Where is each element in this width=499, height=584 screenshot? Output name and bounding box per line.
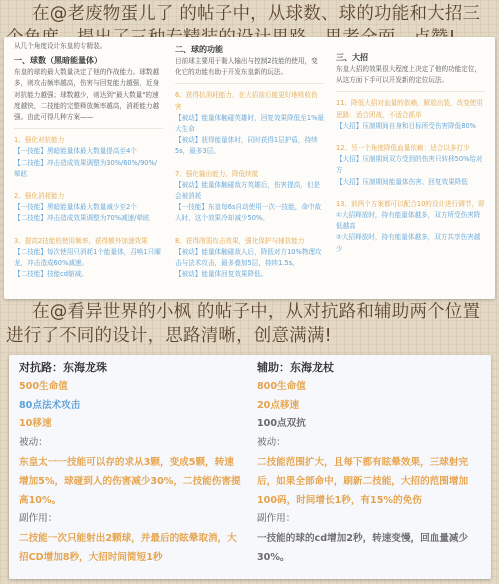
plan-line: 【大招】压制期间能量体伤害、回复效果降低 (336, 177, 485, 188)
side-effect-label: 副作用： (19, 510, 243, 529)
design-panel-bottom: 对抗路：东海龙珠 500生命值 80点法术攻击 10移速 被动： 东皇太一一技能… (9, 355, 491, 579)
plan-title: 13、前两个方案都可以配合10的设计进行调节，即 (336, 199, 485, 210)
section-intro: 东皇大招的效果很大程度上决定了他的功能定位，从这方面下手可以开发新的定位玩法。 (336, 64, 485, 86)
column-ball-function: 二、球的功能 目前球主要用于黏人输出与控制2技能的使用，变化它的功能有助于开发东… (171, 41, 328, 295)
stat-hp: 800生命值 (257, 378, 481, 397)
stat-speed: 20点移速 (257, 397, 481, 416)
plan-line: 【二技能】每次使用只消耗1个能量体，召唤1只曜龙，冲击造成60%减速。 (14, 247, 163, 269)
divider (175, 83, 324, 84)
plan-line: 【被动】能量体触碰敌方英雄后，伤害提高，但是会被消耗 (175, 180, 324, 202)
heading-text: 在@看异世界的小枫 的帖子中，从对抗路和辅助两个位置进行了不同的设计，思路清晰，… (6, 302, 480, 346)
stat-speed: 10移速 (19, 415, 243, 434)
stat-resist: 100点双抗 (257, 415, 481, 434)
plan-title: 7、强化输出能力，降低续航 (175, 169, 324, 180)
passive-text: 东皇太一一技能可以存的求从3颗，变成5颗，转速增加5%，球碰到人的伤害减少30%… (19, 453, 243, 510)
plan-line: 【二技能】技能cd缩减。 (14, 269, 163, 280)
plan-line: 【被动】能量体回复效果降低。 (175, 269, 324, 280)
passive-label: 被动： (257, 434, 481, 453)
plan-title: 12、另一个角度降低血量依赖：适合以多打少 (336, 143, 485, 154)
plan-line: 【大招】压制期间双方受到的伤害只转移50%给对方 (336, 154, 485, 176)
plan-title: 6、获得抗消耗能力，在大招前后能更好地吸收伤害 (175, 90, 324, 112)
plan-title: 1、强化对抗能力 (14, 135, 163, 146)
plan-title: 11、降低大招对血量的依赖，解放出装，改变使用思路：适合团战，不适合抓单 (336, 98, 485, 120)
plan-line: ①大招释放时，持有能量体越多，双方所受伤害降低越高 (336, 210, 485, 232)
side-effect-text: 一技能的球的cd增加2秒，转速变慢，回血量减少30%。 (257, 529, 481, 567)
section-title: 二、球的功能 (175, 43, 324, 56)
section-intro: 东皇的球的最大数量决定了他的作战能力。球数越多，则攻击频率越高，伤害与回复能力越… (14, 67, 163, 123)
item-title: 对抗路：东海龙珠 (19, 359, 243, 378)
plan-line: 【一技能】东皇每6s自动使用一次一技能，命中敌人时，这个效果冷却减少50%。 (175, 202, 324, 224)
side-effect-text: 二技能一次只能射出2颗球，并最后的眩晕取消，大招CD增加8秒，大招时间简短1秒 (19, 529, 243, 567)
section-intro: 目前球主要用于黏人输出与控制2技能的使用，变化它的功能有助于开发东皇新的玩法。 (175, 56, 324, 78)
design-panel-top: 从几个角度设计东皇的专精装。 一、球数（黑暗能量体） 东皇的球的最大数量决定了他… (4, 37, 495, 299)
item-title: 辅助：东海龙杖 (257, 359, 481, 378)
column-support: 辅助：东海龙杖 800生命值 20点移速 100点双抗 被动： 二技能范围扩大，… (253, 359, 485, 575)
plan-line: 【大招】压制期间自身和目标所受伤害降低80% (336, 121, 485, 132)
plan-line: 【二技能】冲击造成效果调整为70%减速/晕眩 (14, 213, 163, 224)
stat-attack: 80点法术攻击 (19, 397, 243, 416)
plan-line: 【一技能】黑暗能量体最大数量提高至4个 (14, 146, 163, 157)
plan-line: 【一技能】黑暗能量体最大数量减少至2个 (14, 202, 163, 213)
column-ultimate: 三、大招 东皇大招的效果很大程度上决定了他的功能定位，从这方面下手可以开发新的定… (332, 41, 489, 295)
plan-line: 【被动】能量体触碰英雄时，回复效果降低至1%最大生命 (175, 113, 324, 135)
column-top-lane: 对抗路：东海龙珠 500生命值 80点法术攻击 10移速 被动： 东皇太一一技能… (15, 359, 247, 575)
lead-text: 从几个角度设计东皇的专精装。 (14, 41, 163, 52)
post-heading-2: 在@看异世界的小枫 的帖子中，从对抗路和辅助两个位置进行了不同的设计，思路清晰，… (6, 300, 493, 348)
plan-line: 【被动】获得能量体时，同时获得1层护盾，持续5s，最多3层。 (175, 135, 324, 157)
plan-line: 【被动】能量体触碰敌人后，降低对方10%物理攻击与法术攻击，最多叠加5层，持续1… (175, 247, 324, 269)
divider (336, 91, 485, 92)
plan-title: 3、提高2技能的使用频率，获得额外加速效果 (14, 236, 163, 247)
column-ball-count: 从几个角度设计东皇的专精装。 一、球数（黑暗能量体） 东皇的球的最大数量决定了他… (10, 41, 167, 295)
plan-line: ②大招释放时，持有能量体越多，双方共享伤害越少 (336, 232, 485, 254)
plan-title: 8、获得削弱攻击效果，强化保护与辅抗能力 (175, 236, 324, 247)
stat-hp: 500生命值 (19, 378, 243, 397)
section-title: 三、大招 (336, 51, 485, 64)
plan-title: 2、强化消耗能力 (14, 191, 163, 202)
side-effect-label: 副作用： (257, 510, 481, 529)
plan-line: 【二技能】冲击造成效果调整为30%/60%/90%/晕眩 (14, 158, 163, 180)
passive-label: 被动： (19, 434, 243, 453)
divider (14, 128, 163, 129)
section-title: 一、球数（黑暗能量体） (14, 54, 163, 67)
passive-text: 二技能范围扩大，且每下都有眩晕效果，三球射完后，如果全部命中，刷新二技能，大招的… (257, 453, 481, 510)
